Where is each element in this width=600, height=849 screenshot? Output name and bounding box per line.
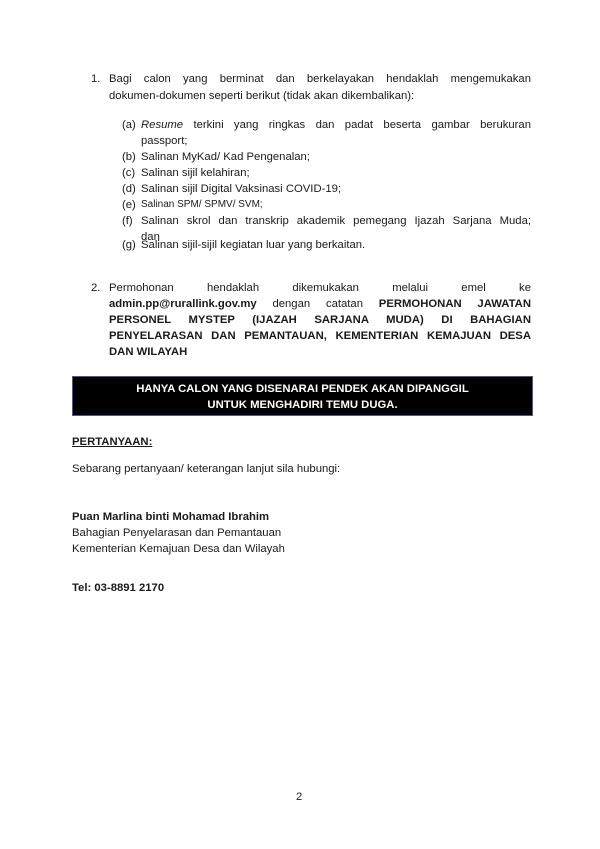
item-2-number: 2. bbox=[91, 280, 100, 296]
contact-division: Bahagian Penyelarasan dan Pemantauan bbox=[72, 525, 281, 541]
item-2-bold-text: PERMOHONAN JAWATAN bbox=[379, 298, 531, 310]
subitem-a-marker: (a) bbox=[122, 117, 136, 133]
banner-line-2: UNTUK MENGHADIRI TEMU DUGA. bbox=[73, 397, 532, 413]
item-2-mid-text: dengan catatan bbox=[257, 298, 379, 310]
item-2-line-5: DAN WILAYAH bbox=[109, 344, 187, 360]
subitem-d: Salinan sijil Digital Vaksinasi COVID-19… bbox=[141, 181, 341, 197]
enquiry-intro: Sebarang pertanyaan/ keterangan lanjut s… bbox=[72, 461, 340, 477]
subitem-a-text: terkini yang ringkas dan padat beserta g… bbox=[183, 119, 531, 131]
subitem-e: Salinan SPM/ SPMV/ SVM; bbox=[141, 197, 263, 213]
subitem-f-marker: (f) bbox=[122, 213, 133, 229]
subitem-g-marker: (g) bbox=[122, 237, 136, 253]
subitem-c: Salinan sijil kelahiran; bbox=[141, 165, 250, 181]
subitem-c-marker: (c) bbox=[122, 165, 135, 181]
email-link[interactable]: admin.pp@rurallink.gov.my bbox=[109, 298, 257, 310]
contact-tel: Tel: 03-8891 2170 bbox=[72, 580, 164, 596]
contact-ministry: Kementerian Kemajuan Desa dan Wilayah bbox=[72, 541, 285, 557]
enquiry-heading: PERTANYAAN: bbox=[72, 434, 152, 450]
contact-name: Puan Marlina binti Mohamad Ibrahim bbox=[72, 509, 269, 525]
resume-word: Resume bbox=[141, 119, 183, 131]
subitem-f: Salinan skrol dan transkrip akademik pem… bbox=[141, 213, 531, 229]
subitem-a-cont: passport; bbox=[141, 133, 187, 149]
subitem-g: Salinan sijil-sijil kegiatan luar yang b… bbox=[141, 237, 365, 253]
subitem-e-marker: (e) bbox=[122, 197, 136, 213]
item-2-line-1: Permohonan hendaklah dikemukakan melalui… bbox=[109, 280, 531, 296]
banner-line-1: HANYA CALON YANG DISENARAI PENDEK AKAN D… bbox=[73, 381, 532, 397]
item-2-line-3: PERSONEL MYSTEP (IJAZAH SARJANA MUDA) DI… bbox=[109, 312, 531, 328]
shortlist-notice-banner: HANYA CALON YANG DISENARAI PENDEK AKAN D… bbox=[72, 376, 533, 416]
subitem-b-marker: (b) bbox=[122, 149, 136, 165]
page-number: 2 bbox=[296, 789, 302, 805]
item-1-number: 1. bbox=[91, 71, 100, 87]
subitem-a: Resume terkini yang ringkas dan padat be… bbox=[141, 117, 531, 133]
item-1-line-1: Bagi calon yang berminat dan berkelayaka… bbox=[109, 71, 531, 87]
item-2-line-4: PENYELARASAN DAN PEMANTAUAN, KEMENTERIAN… bbox=[109, 328, 531, 344]
item-1-line-2: dokumen-dokumen seperti berikut (tidak a… bbox=[109, 88, 414, 104]
item-2-line-2: admin.pp@rurallink.gov.my dengan catatan… bbox=[109, 296, 531, 312]
subitem-d-marker: (d) bbox=[122, 181, 136, 197]
subitem-b: Salinan MyKad/ Kad Pengenalan; bbox=[141, 149, 310, 165]
